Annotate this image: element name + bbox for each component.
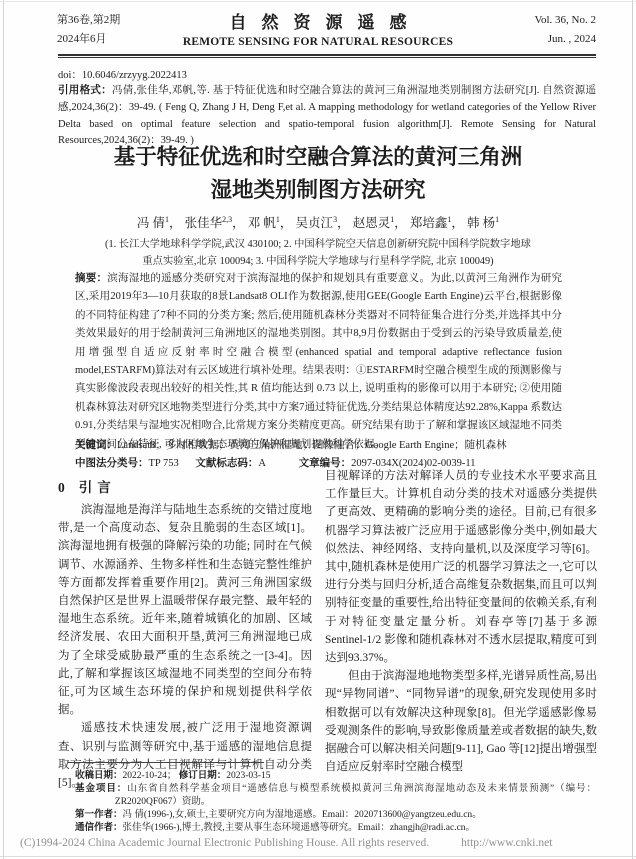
page-left-edge (3, 0, 4, 859)
first-author-text: 冯 倩(1996-),女,硕士,主要研究方向为湿地遥感。Email：202071… (123, 810, 482, 820)
clc-label: 中图法分类号： (75, 458, 149, 469)
header-double-rule (58, 54, 596, 58)
citation-label: 引用格式： (58, 85, 112, 96)
copyright-line: (C)1994-2024 China Academic Journal Elec… (20, 837, 552, 849)
author-name: 韩 杨1 (467, 216, 499, 230)
footnote-corresponding-author: 通信作者：张佳华(1966-),博士,教授,主要从事生态环境遥感等研究。Emai… (75, 822, 596, 835)
abstract-text: 滨海湿地的遥感分类研究对于滨海湿地的保护和规划具有重要意义。为此,以黄河三角洲作… (75, 273, 562, 450)
author-name: 张佳华2,3 (185, 216, 233, 230)
section-0-heading: 0引言 (58, 476, 116, 496)
received-date-label: 收稿日期： (75, 771, 123, 781)
clc-value: TP 753 (149, 458, 179, 469)
footnote-fund: 基金项目：山东省自然科学基金项目“遥感信息与模型系统模拟黄河三角洲滨海湿地动态及… (75, 783, 596, 809)
corresponding-author-label: 通信作者： (75, 823, 123, 833)
affiliations: (1. 长江大学地球科学学院,武汉 430100; 2. 中国科学院空天信息创新… (0, 236, 636, 270)
abstract-label: 摘要： (75, 273, 107, 284)
author-name: 吴贞江3 (296, 216, 338, 230)
copyright-text: (C)1994-2024 China Academic Journal Elec… (20, 837, 429, 849)
revised-date: 2023-03-15 (226, 771, 270, 781)
footnote-divider (68, 762, 264, 763)
author-name: 赵恩灵1 (353, 216, 395, 230)
corresponding-author-text: 张佳华(1966-),博士,教授,主要从事生态环境遥感等研究。Email：zha… (123, 823, 476, 833)
page-bottom-edge (0, 856, 636, 857)
author-line: 冯 倩1， 张佳华2,3， 邓 帆1， 吴贞江3， 赵恩灵1， 郑培鑫1， 韩 … (0, 213, 636, 231)
abstract-block: 摘要：滨海湿地的遥感分类研究对于滨海湿地的保护和规划具有重要意义。为此,以黄河三… (75, 270, 562, 454)
keywords-label: 关键词： (75, 440, 117, 451)
header-volume-issue-en: Vol. 36, No. 2 Jun. , 2024 (534, 11, 596, 49)
revised-date-label: 修订日期： (179, 771, 227, 781)
right-column: 目视解译的方法对解译人员的专业技术水平要求高且工作量巨大。计算机自动分类的技术对… (325, 467, 597, 776)
author-name: 邓 帆1 (248, 216, 280, 230)
first-author-label: 第一作者： (75, 810, 123, 820)
cnki-url: http://www.cnki.net (461, 837, 552, 849)
affiliation-line2: 重点实验室,北京 100094; 3. 中国科学院大学地球与行星科学学院, 北京… (0, 253, 636, 270)
right-column-paragraph-2: 但由于滨海湿地地物类型多样,光谱异质性高,易出现“异物同谱”、“同物异谱”的现象… (325, 667, 597, 776)
volume-en: Vol. 36, No. 2 (534, 11, 596, 30)
fund-label: 基金项目： (75, 784, 127, 794)
paper-title-line2: 湿地类别制图方法研究 (0, 174, 636, 207)
left-column: 滨海湿地是海洋与陆地生态系统的交错过度地带,是一个高度动态、复杂且脆弱的生态区域… (58, 501, 312, 792)
journal-paper-page: 第36卷,第2期 2024年6月 自然资源遥感 REMOTE SENSING F… (0, 0, 636, 859)
date-en: Jun. , 2024 (534, 30, 596, 49)
section-0-title: 引言 (79, 480, 116, 495)
fund-text: 山东省自然科学基金项目“遥感信息与模型系统模拟黄河三角洲滨海湿地动态及未来情景预… (115, 784, 596, 807)
citation-text: 冯倩,张佳华,邓帆,等. 基于特征优选和时空融合算法的黄河三角洲湿地类别制图方法… (58, 85, 596, 146)
paper-title-line1: 基于特征优选和时空融合算法的黄河三角洲 (0, 141, 636, 174)
received-date: 2022-10-24； (123, 771, 177, 781)
author-name: 冯 倩1 (137, 216, 169, 230)
doi-line: doi：10.6046/zrzyyg.2022413 (58, 67, 187, 82)
footnote-first-author: 第一作者：冯 倩(1996-),女,硕士,主要研究方向为湿地遥感。Email：2… (75, 809, 596, 822)
paper-title: 基于特征优选和时空融合算法的黄河三角洲 湿地类别制图方法研究 (0, 141, 636, 207)
left-column-paragraph-1: 滨海湿地是海洋与陆地生态系统的交错过度地带,是一个高度动态、复杂且脆弱的生态区域… (58, 501, 312, 719)
footnote-dates: 收稿日期：2022-10-24； 修订日期：2023-03-15 (75, 770, 596, 783)
page-right-edge (632, 0, 633, 859)
keywords-row: 关键词：Landsat8；多时相数据；黄河三角洲湿地；图像融合；Google E… (75, 437, 562, 452)
keywords-text: Landsat8；多时相数据；黄河三角洲湿地；图像融合；Google Earth… (117, 440, 507, 451)
affiliation-line1: (1. 长江大学地球科学学院,武汉 430100; 2. 中国科学院空天信息创新… (0, 236, 636, 253)
doc-code-value: A (258, 458, 266, 469)
author-name: 郑培鑫1 (410, 216, 452, 230)
section-0-number: 0 (58, 480, 65, 495)
doc-code-label: 文献标志码： (195, 458, 258, 469)
footnote-block: 收稿日期：2022-10-24； 修订日期：2023-03-15 基金项目：山东… (75, 770, 596, 835)
page-top-edge (0, 1, 636, 2)
right-column-paragraph-1: 目视解译的方法对解译人员的专业技术水平要求高且工作量巨大。计算机自动分类的技术对… (325, 467, 597, 667)
